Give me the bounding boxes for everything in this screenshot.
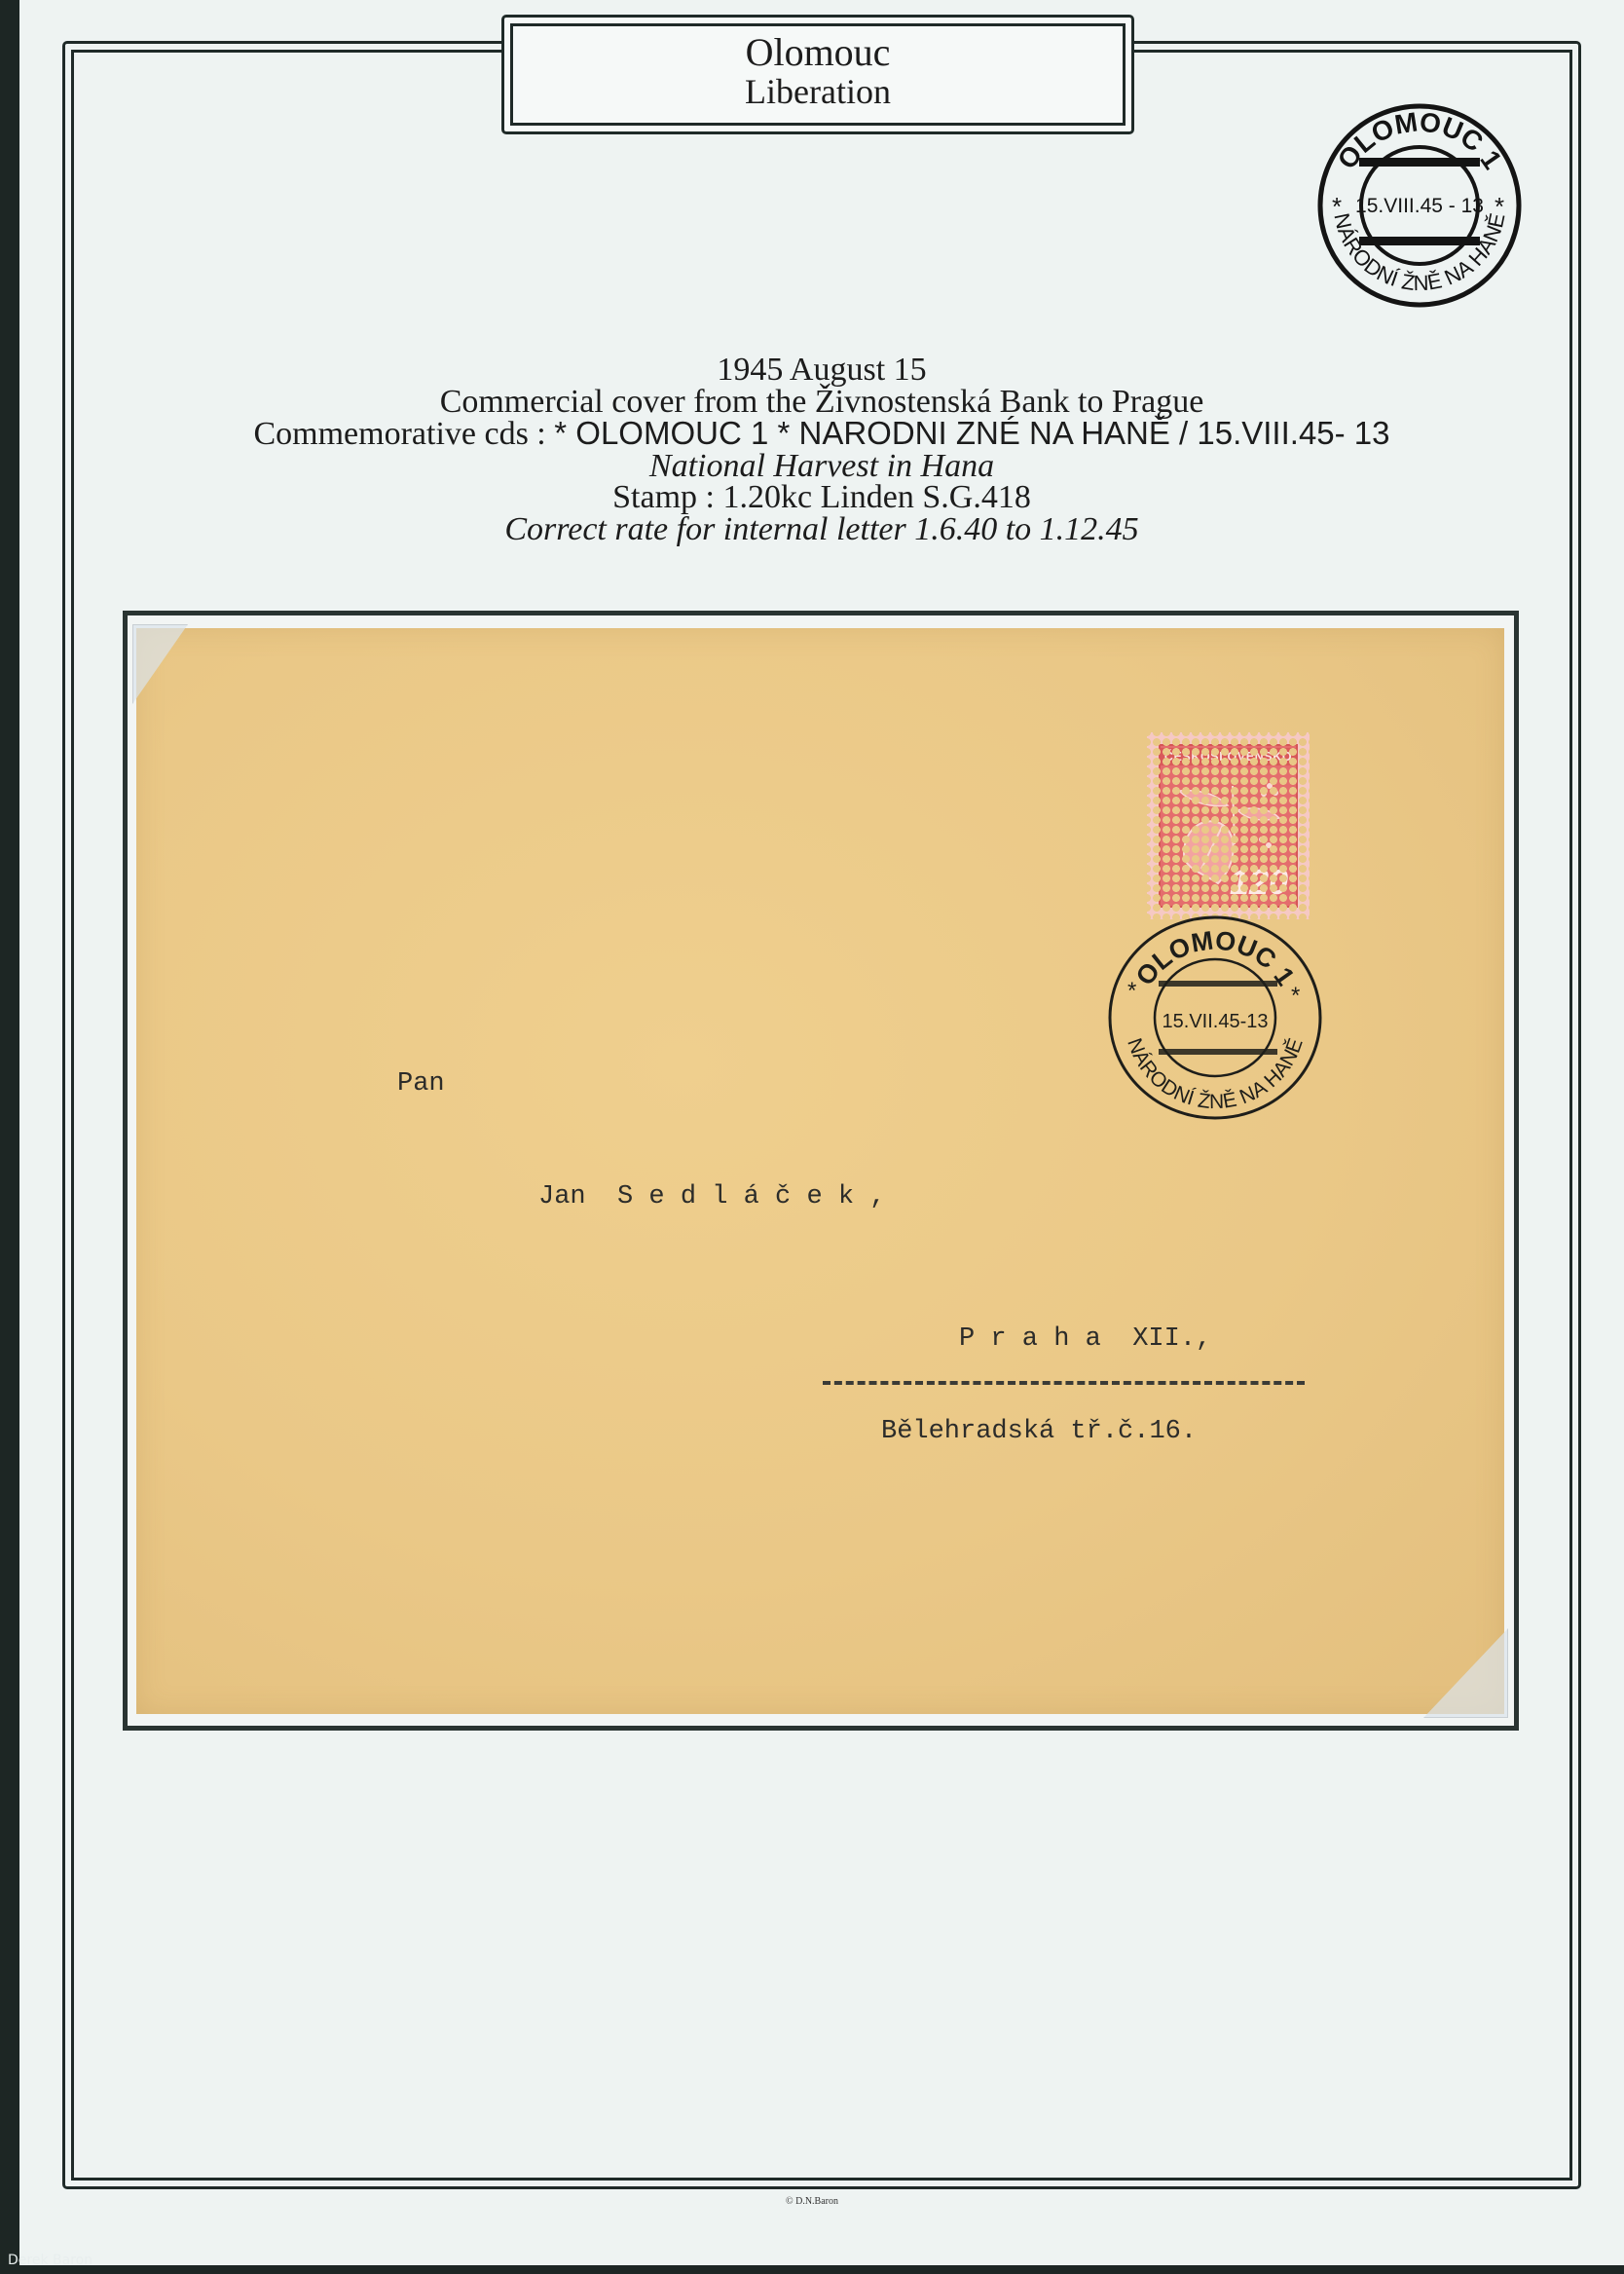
address-salutation: Pan	[397, 1069, 445, 1099]
postage-stamp: ČESKOSLOVENSKO 120	[1147, 732, 1310, 919]
envelope-cancel: OLOMOUC 1 NÁRODNÍ ŽNĚ NA HANĚ * * 15.VII…	[1100, 911, 1330, 1125]
address-city: P r a h a XII.,	[959, 1324, 1211, 1354]
star-icon: *	[1332, 192, 1342, 221]
title-box-inner: Olomouc Liberation	[510, 23, 1126, 126]
cover-description: 1945 August 15 Commercial cover from the…	[0, 354, 1624, 545]
scan-edge-left	[0, 0, 19, 2274]
cds-line: Commemorative cds : * OLOMOUC 1 * NARODN…	[0, 418, 1624, 451]
mount-corner-top-left	[132, 624, 188, 704]
mount-corner-bottom-right	[1423, 1628, 1508, 1718]
cds-translation: National Harvest in Hana	[0, 451, 1624, 483]
star-icon: *	[1127, 978, 1136, 1004]
page-title: Olomouc	[513, 32, 1123, 73]
address-street: Bělehradská tř.č.16.	[881, 1417, 1197, 1446]
copyright: © D.N.Baron	[0, 2196, 1624, 2207]
stamp-description: Stamp : 1.20kc Linden S.G.418	[0, 482, 1624, 514]
watermark: Derek Baron	[8, 2253, 92, 2268]
cover-summary: Commercial cover from the Živnostenská B…	[0, 387, 1624, 419]
cover-date: 1945 August 15	[0, 354, 1624, 387]
cancel-bottom-text: NÁRODNÍ ŽNĚ NA HANĚ	[1123, 1035, 1308, 1113]
address-name: Jan S e d l á č e k ,	[538, 1182, 885, 1212]
address-underline	[823, 1381, 1305, 1385]
cds-text: * OLOMOUC 1 * NARODNI ZNÉ NA HANĚ / 15.V…	[554, 415, 1389, 451]
stamp-value: 120	[1230, 865, 1288, 900]
rate-note: Correct rate for internal letter 1.6.40 …	[0, 514, 1624, 546]
postmark-date: 15.VIII.45 - 13	[1355, 195, 1484, 217]
scan-edge-bottom	[0, 2265, 1624, 2274]
cds-prefix: Commemorative cds :	[253, 416, 554, 452]
cancel-date: 15.VII.45-13	[1163, 1011, 1269, 1032]
page-subtitle: Liberation	[513, 73, 1123, 110]
stamp-country: ČESKOSLOVENSKO	[1161, 748, 1296, 765]
star-icon: *	[1291, 983, 1300, 1009]
postmark-illustration: OLOMOUC 1 NÁRODNÍ ŽNĚ NA HANĚ * * 15.VII…	[1312, 97, 1527, 314]
star-icon: *	[1495, 192, 1504, 221]
